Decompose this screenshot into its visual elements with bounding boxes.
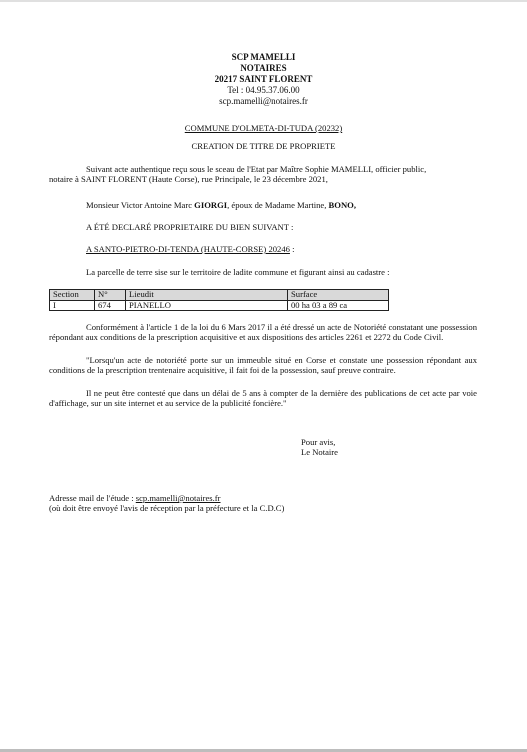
footer-note: (où doit être envoyé l'avis de réception… (49, 503, 284, 513)
cell-section: I (50, 300, 95, 311)
intro-paragraph: Suivant acte authentique reçu sous le sc… (49, 164, 469, 185)
document-title: CREATION DE TITRE DE PROPRIETE (0, 141, 527, 151)
owner-prefix: Monsieur Victor Antoine Marc (86, 200, 194, 210)
firm-profession: NOTAIRES (0, 63, 527, 74)
header-number: N° (95, 290, 126, 301)
owner-middle: , époux de Madame Martine, (227, 200, 328, 210)
parcel-intro: La parcelle de terre sise sur le territo… (86, 267, 390, 277)
commune-heading: COMMUNE D'OLMETA-DI-TUDA (20232) (0, 123, 527, 133)
intro-line-2: notaire à SAINT FLORENT (Haute Corse), r… (49, 174, 469, 184)
header-surface: Surface (288, 290, 389, 301)
footer-email-label: Adresse mail de l'étude : (49, 493, 136, 503)
firm-phone: Tel : 04.95.37.06.00 (0, 85, 527, 96)
intro-line-1: Suivant acte authentique reçu sous le sc… (49, 164, 469, 174)
letterhead: SCP MAMELLI NOTAIRES 20217 SAINT FLORENT… (0, 52, 527, 107)
cadastre-table: Section N° Lieudit Surface I 674 PIANELL… (49, 289, 389, 311)
header-lieudit: Lieudit (126, 290, 288, 301)
document-page: SCP MAMELLI NOTAIRES 20217 SAINT FLORENT… (0, 0, 527, 752)
paragraph-article: Conformément à l'article 1 de la loi du … (49, 322, 477, 343)
owner-line: Monsieur Victor Antoine Marc GIORGI, épo… (86, 200, 486, 210)
table-row: I 674 PIANELLO 00 ha 03 a 89 ca (50, 300, 389, 311)
location-suffix: : (290, 244, 295, 254)
paragraph-contest: Il ne peut être contesté que dans un dél… (49, 388, 477, 409)
signature-block: Pour avis, Le Notaire (301, 437, 338, 458)
cell-surface: 00 ha 03 a 89 ca (288, 300, 389, 311)
signature-greeting: Pour avis, (301, 437, 338, 447)
cell-number: 674 (95, 300, 126, 311)
footer-block: Adresse mail de l'étude : scp.mamelli@no… (49, 493, 284, 514)
commune-text: COMMUNE D'OLMETA-DI-TUDA (20232) (185, 123, 342, 133)
declaration-line: A ÉTÉ DECLARÉ PROPRIETAIRE DU BIEN SUIVA… (86, 222, 293, 232)
firm-name: SCP MAMELLI (0, 52, 527, 63)
location-place: A SANTO-PIETRO-DI-TENDA (HAUTE-CORSE) 20… (86, 244, 290, 254)
firm-email: scp.mamelli@notaires.fr (0, 96, 527, 107)
header-section: Section (50, 290, 95, 301)
signature-title: Le Notaire (301, 447, 338, 457)
firm-city: 20217 SAINT FLORENT (0, 74, 527, 85)
location-line: A SANTO-PIETRO-DI-TENDA (HAUTE-CORSE) 20… (86, 244, 294, 254)
footer-email-link[interactable]: scp.mamelli@notaires.fr (136, 493, 221, 503)
cadastre-header-row: Section N° Lieudit Surface (50, 290, 389, 301)
cell-lieudit: PIANELLO (126, 300, 288, 311)
owner-surname: GIORGI (194, 200, 227, 210)
paragraph-quote: "Lorsqu'un acte de notoriété porte sur u… (49, 355, 477, 376)
spouse-surname: BONO, (329, 200, 356, 210)
footer-email-line: Adresse mail de l'étude : scp.mamelli@no… (49, 493, 284, 503)
